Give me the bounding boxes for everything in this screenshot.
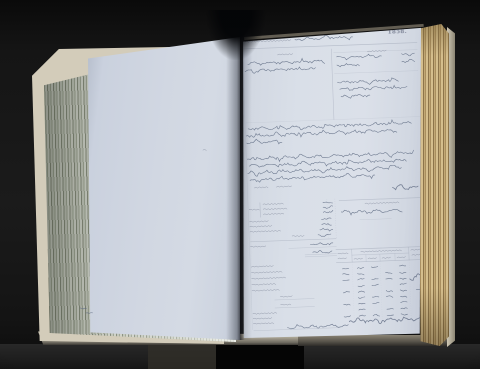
- photo-scene: 1858.: [0, 0, 480, 369]
- scene-ink: [0, 0, 480, 369]
